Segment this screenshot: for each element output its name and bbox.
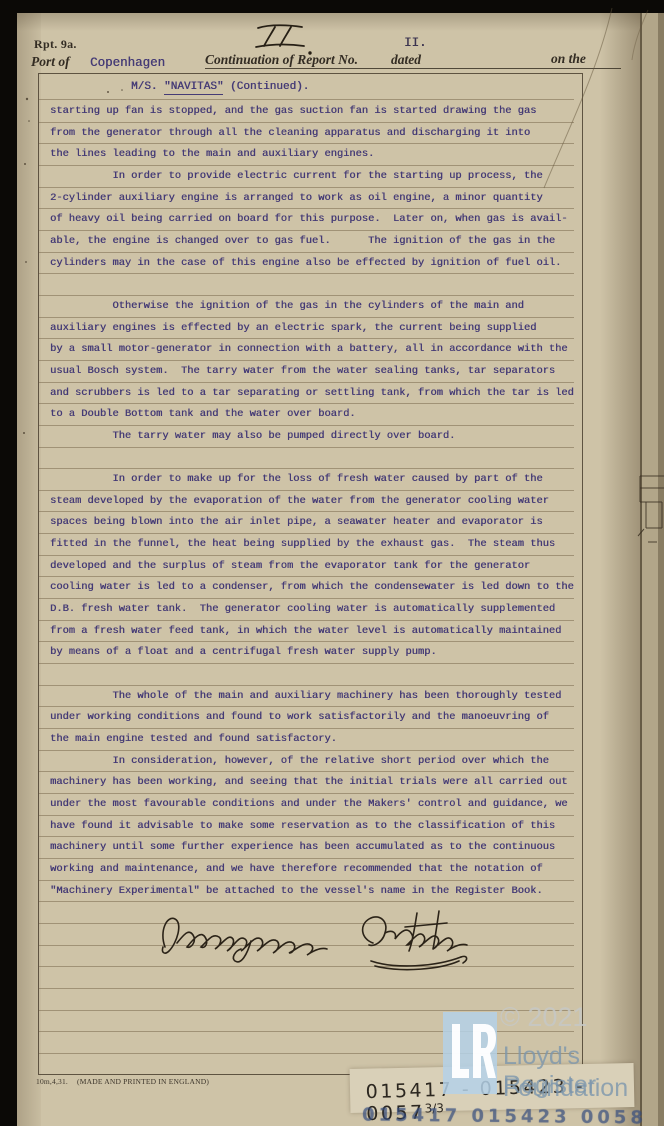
- typed-line: In consideration, however, of the relati…: [39, 751, 574, 773]
- typed-line: from a fresh water feed tank, in which t…: [39, 621, 574, 643]
- typed-line: have found it advisable to make some res…: [39, 816, 574, 838]
- typed-line: [39, 274, 574, 296]
- typed-line: [39, 1032, 574, 1054]
- typed-line: [39, 989, 574, 1011]
- typed-line: auxiliary engines is effected by an elec…: [39, 318, 574, 340]
- typed-line: the lines leading to the main and auxili…: [39, 144, 574, 166]
- scan-border-left: [0, 0, 17, 1126]
- page-number-typed: II.: [404, 36, 427, 50]
- typed-line: under the most favourable conditions and…: [39, 794, 574, 816]
- typed-line: and scrubbers is led to a tar separating…: [39, 383, 574, 405]
- scanned-report-page: Rpt. 9a. Port of Copenhagen Continuation…: [0, 0, 664, 1126]
- typed-line: The tarry water may also be pumped direc…: [39, 426, 574, 448]
- typed-line: working and maintenance, and we have the…: [39, 859, 574, 881]
- scan-border-top: [0, 0, 664, 13]
- typed-line: [39, 1011, 574, 1033]
- typed-line: from the generator through all the clean…: [39, 123, 574, 145]
- form-number: Rpt. 9a.: [34, 37, 77, 52]
- typed-line: cooling water is led to a condenser, fro…: [39, 577, 574, 599]
- typed-line: by means of a float and a centrifugal fr…: [39, 642, 574, 664]
- adjacent-page-diagram: [636, 470, 664, 556]
- typed-line: The whole of the main and auxiliary mach…: [39, 686, 574, 708]
- signature-2: [363, 917, 386, 945]
- typed-line: usual Bosch system. The tarry water from…: [39, 361, 574, 383]
- typed-line: developed and the surplus of steam from …: [39, 556, 574, 578]
- typed-line: under working conditions and found to wo…: [39, 707, 574, 729]
- title-suffix: (Continued).: [223, 81, 309, 93]
- handwritten-page-number: [250, 20, 322, 60]
- vessel-name: "NAVITAS": [164, 81, 223, 95]
- signature-1: [162, 918, 178, 953]
- port-of-label: Port of: [31, 54, 70, 70]
- dated-label: dated: [391, 52, 421, 68]
- vessel-title-line: M/S. "NAVITAS" (Continued).: [39, 74, 574, 100]
- typed-line: cylinders may in the case of this engine…: [39, 253, 574, 275]
- typed-line: by a small motor-generator in connection…: [39, 339, 574, 361]
- typed-line: In order to provide electric current for…: [39, 166, 574, 188]
- port-value: Copenhagen: [90, 56, 165, 70]
- typed-line: of heavy oil being carried on board for …: [39, 209, 574, 231]
- on-the-label: on the: [551, 51, 586, 67]
- printer-imprint: 10m,4,31.(MADE AND PRINTED IN ENGLAND): [36, 1077, 209, 1086]
- typed-line: spaces being blown into the air inlet pi…: [39, 512, 574, 534]
- adjacent-page-edge: [640, 13, 664, 1126]
- paper-top-shading: [17, 13, 640, 31]
- print-note: (MADE AND PRINTED IN ENGLAND): [77, 1077, 209, 1086]
- paper-fold-shading: [600, 13, 640, 1126]
- typed-line: machinery until some further experience …: [39, 837, 574, 859]
- typed-line: starting up fan is stopped, and the gas …: [39, 101, 574, 123]
- surveyor-signatures: [155, 903, 485, 983]
- typed-line: D.B. fresh water tank. The generator coo…: [39, 599, 574, 621]
- reference-number-faded: 015417 015423 0058: [362, 1105, 647, 1126]
- typed-line: [39, 448, 574, 470]
- typed-line: 2-cylinder auxiliary engine is arranged …: [39, 188, 574, 210]
- typed-line: machinery has been working, and seeing t…: [39, 772, 574, 794]
- header-rule-line: [205, 68, 621, 69]
- typed-line: to a Double Bottom tank and the water ov…: [39, 404, 574, 426]
- typed-line: fitted in the funnel, the heat being sup…: [39, 534, 574, 556]
- typed-line: "Machinery Experimental" be attached to …: [39, 881, 574, 903]
- typed-line: the main engine tested and found satisfa…: [39, 729, 574, 751]
- typed-line: steam developed by the evaporation of th…: [39, 491, 574, 513]
- typed-line: able, the engine is changed over to gas …: [39, 231, 574, 253]
- title-prefix: M/S.: [131, 81, 164, 93]
- typed-line: In order to make up for the loss of fres…: [39, 469, 574, 491]
- typed-line: Otherwise the ignition of the gas in the…: [39, 296, 574, 318]
- print-code: 10m,4,31.: [36, 1077, 68, 1086]
- typed-line: [39, 664, 574, 686]
